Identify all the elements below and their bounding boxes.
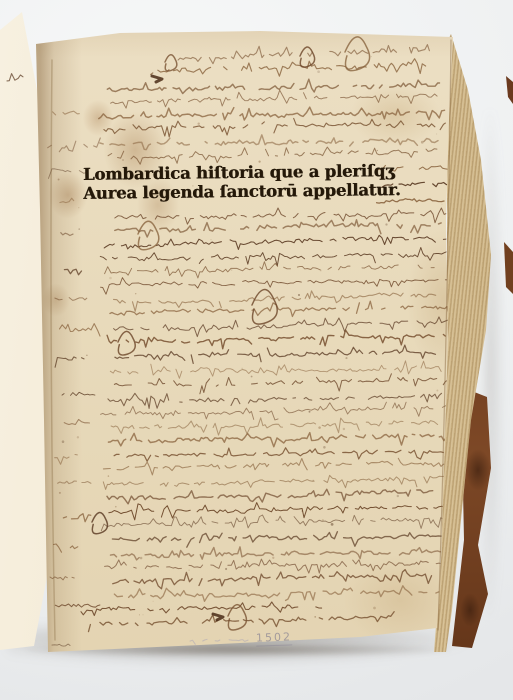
pencil-date-note: 1502 [256, 630, 293, 646]
handwritten-annotations [0, 0, 513, 700]
ink-handwriting-layer [48, 37, 455, 646]
printed-title-line-2: Aurea legenda ſanctorū appellatur. [83, 181, 401, 203]
printed-title-block: Lombardica hiſtoria que a pleriſqʒ Aurea… [83, 162, 401, 203]
photograph-of-manuscript-book: Lombardica hiſtoria que a pleriſqʒ Aurea… [0, 0, 513, 700]
